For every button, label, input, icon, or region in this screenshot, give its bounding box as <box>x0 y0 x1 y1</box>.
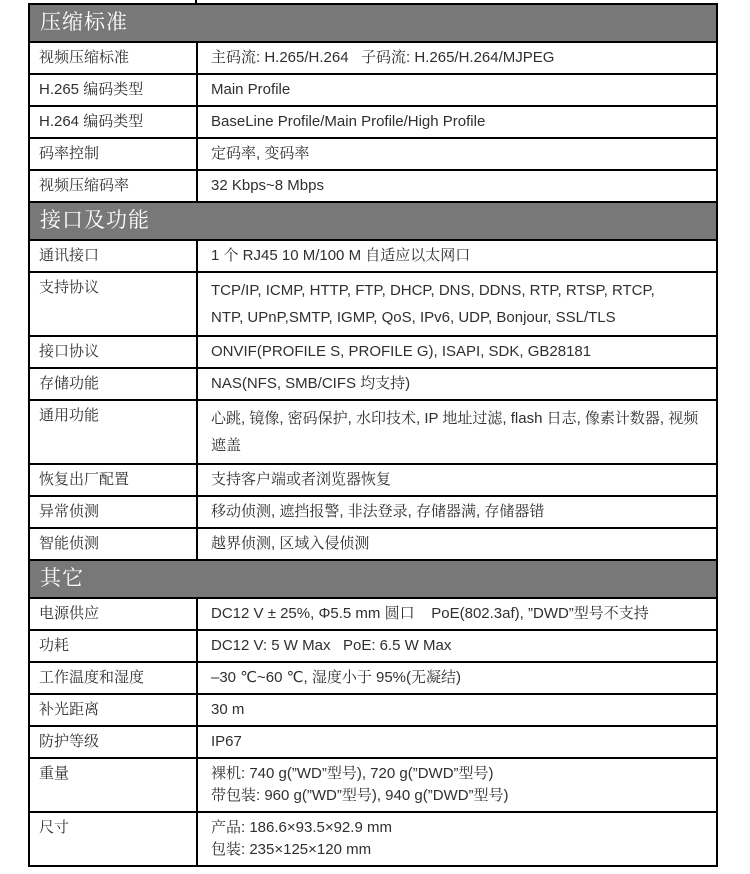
spec-label: 重量 <box>29 758 197 812</box>
spec-row-general-functions: 通用功能 心跳, 镜像, 密码保护, 水印技术, IP 地址过滤, flash … <box>29 400 717 464</box>
spec-value: 越界侦测, 区域入侵侦测 <box>197 528 717 560</box>
spec-row-factory-reset: 恢复出厂配置 支持客户端或者浏览器恢复 <box>29 464 717 496</box>
spec-row-dimensions: 尺寸 产品: 186.6×93.5×92.9 mm 包装: 235×125×12… <box>29 812 717 866</box>
spec-row-interface-protocols: 接口协议 ONVIF(PROFILE S, PROFILE G), ISAPI,… <box>29 336 717 368</box>
spec-row-power-supply: 电源供应 DC12 V ± 25%, Φ5.5 mm 圆口 PoE(802.3a… <box>29 598 717 630</box>
section-title-interfaces: 接口及功能 <box>29 202 717 240</box>
spec-row-storage-function: 存储功能 NAS(NFS, SMB/CIFS 均支持) <box>29 368 717 400</box>
spec-label: 功耗 <box>29 630 197 662</box>
spec-row-bitrate-control: 码率控制 定码率, 变码率 <box>29 138 717 170</box>
spec-label: H.265 编码类型 <box>29 74 197 106</box>
spec-label: 工作温度和湿度 <box>29 662 197 694</box>
spec-label: 通讯接口 <box>29 240 197 272</box>
spec-value: 1 个 RJ45 10 M/100 M 自适应以太网口 <box>197 240 717 272</box>
spec-value: ONVIF(PROFILE S, PROFILE G), ISAPI, SDK,… <box>197 336 717 368</box>
spec-table: 压缩标准 视频压缩标准 主码流: H.265/H.264 子码流: H.265/… <box>28 3 718 867</box>
spec-label: 智能侦测 <box>29 528 197 560</box>
spec-label: 支持协议 <box>29 272 197 336</box>
spec-row-operating-temp-humidity: 工作温度和湿度 –30 ℃~60 ℃, 湿度小于 95%(无凝结) <box>29 662 717 694</box>
spec-value: 裸机: 740 g(”WD”型号), 720 g(”DWD”型号) 带包装: 9… <box>197 758 717 812</box>
spec-label: 防护等级 <box>29 726 197 758</box>
spec-label: 恢复出厂配置 <box>29 464 197 496</box>
spec-label: 补光距离 <box>29 694 197 726</box>
spec-sheet-page: 压缩标准 视频压缩标准 主码流: H.265/H.264 子码流: H.265/… <box>0 0 750 874</box>
section-header-row-interfaces: 接口及功能 <box>29 202 717 240</box>
spec-value: 产品: 186.6×93.5×92.9 mm 包装: 235×125×120 m… <box>197 812 717 866</box>
spec-value: 心跳, 镜像, 密码保护, 水印技术, IP 地址过滤, flash 日志, 像… <box>197 400 717 464</box>
spec-label: 存储功能 <box>29 368 197 400</box>
spec-value: TCP/IP, ICMP, HTTP, FTP, DHCP, DNS, DDNS… <box>197 272 717 336</box>
spec-label: 视频压缩标准 <box>29 42 197 74</box>
spec-row-video-bitrate: 视频压缩码率 32 Kbps~8 Mbps <box>29 170 717 202</box>
spec-row-weight: 重量 裸机: 740 g(”WD”型号), 720 g(”DWD”型号) 带包装… <box>29 758 717 812</box>
spec-value: IP67 <box>197 726 717 758</box>
spec-value: 移动侦测, 遮挡报警, 非法登录, 存储器满, 存储器错 <box>197 496 717 528</box>
spec-value: 32 Kbps~8 Mbps <box>197 170 717 202</box>
spec-value: 支持客户端或者浏览器恢复 <box>197 464 717 496</box>
spec-label: 尺寸 <box>29 812 197 866</box>
spec-label: H.264 编码类型 <box>29 106 197 138</box>
spec-row-protection-rating: 防护等级 IP67 <box>29 726 717 758</box>
spec-row-h265-encoding-type: H.265 编码类型 Main Profile <box>29 74 717 106</box>
spec-row-power-consumption: 功耗 DC12 V: 5 W Max PoE: 6.5 W Max <box>29 630 717 662</box>
spec-label: 码率控制 <box>29 138 197 170</box>
spec-value: DC12 V: 5 W Max PoE: 6.5 W Max <box>197 630 717 662</box>
spec-row-smart-detection: 智能侦测 越界侦测, 区域入侵侦测 <box>29 528 717 560</box>
spec-row-video-compression-standard: 视频压缩标准 主码流: H.265/H.264 子码流: H.265/H.264… <box>29 42 717 74</box>
spec-value: DC12 V ± 25%, Φ5.5 mm 圆口 PoE(802.3af), ”… <box>197 598 717 630</box>
section-header-row-compression: 压缩标准 <box>29 4 717 42</box>
section-header-row-other: 其它 <box>29 560 717 598</box>
spec-label: 接口协议 <box>29 336 197 368</box>
spec-value: 主码流: H.265/H.264 子码流: H.265/H.264/MJPEG <box>197 42 717 74</box>
section-title-other: 其它 <box>29 560 717 598</box>
spec-value: BaseLine Profile/Main Profile/High Profi… <box>197 106 717 138</box>
spec-value: 30 m <box>197 694 717 726</box>
spec-row-h264-encoding-type: H.264 编码类型 BaseLine Profile/Main Profile… <box>29 106 717 138</box>
spec-row-ir-distance: 补光距离 30 m <box>29 694 717 726</box>
spec-label: 通用功能 <box>29 400 197 464</box>
spec-row-anomaly-detection: 异常侦测 移动侦测, 遮挡报警, 非法登录, 存储器满, 存储器错 <box>29 496 717 528</box>
spec-value: –30 ℃~60 ℃, 湿度小于 95%(无凝结) <box>197 662 717 694</box>
spec-label: 视频压缩码率 <box>29 170 197 202</box>
spec-value: Main Profile <box>197 74 717 106</box>
section-title-compression: 压缩标准 <box>29 4 717 42</box>
spec-row-supported-protocols: 支持协议 TCP/IP, ICMP, HTTP, FTP, DHCP, DNS,… <box>29 272 717 336</box>
spec-label: 异常侦测 <box>29 496 197 528</box>
spec-row-communication-interface: 通讯接口 1 个 RJ45 10 M/100 M 自适应以太网口 <box>29 240 717 272</box>
spec-value: 定码率, 变码率 <box>197 138 717 170</box>
spec-value: NAS(NFS, SMB/CIFS 均支持) <box>197 368 717 400</box>
spec-label: 电源供应 <box>29 598 197 630</box>
